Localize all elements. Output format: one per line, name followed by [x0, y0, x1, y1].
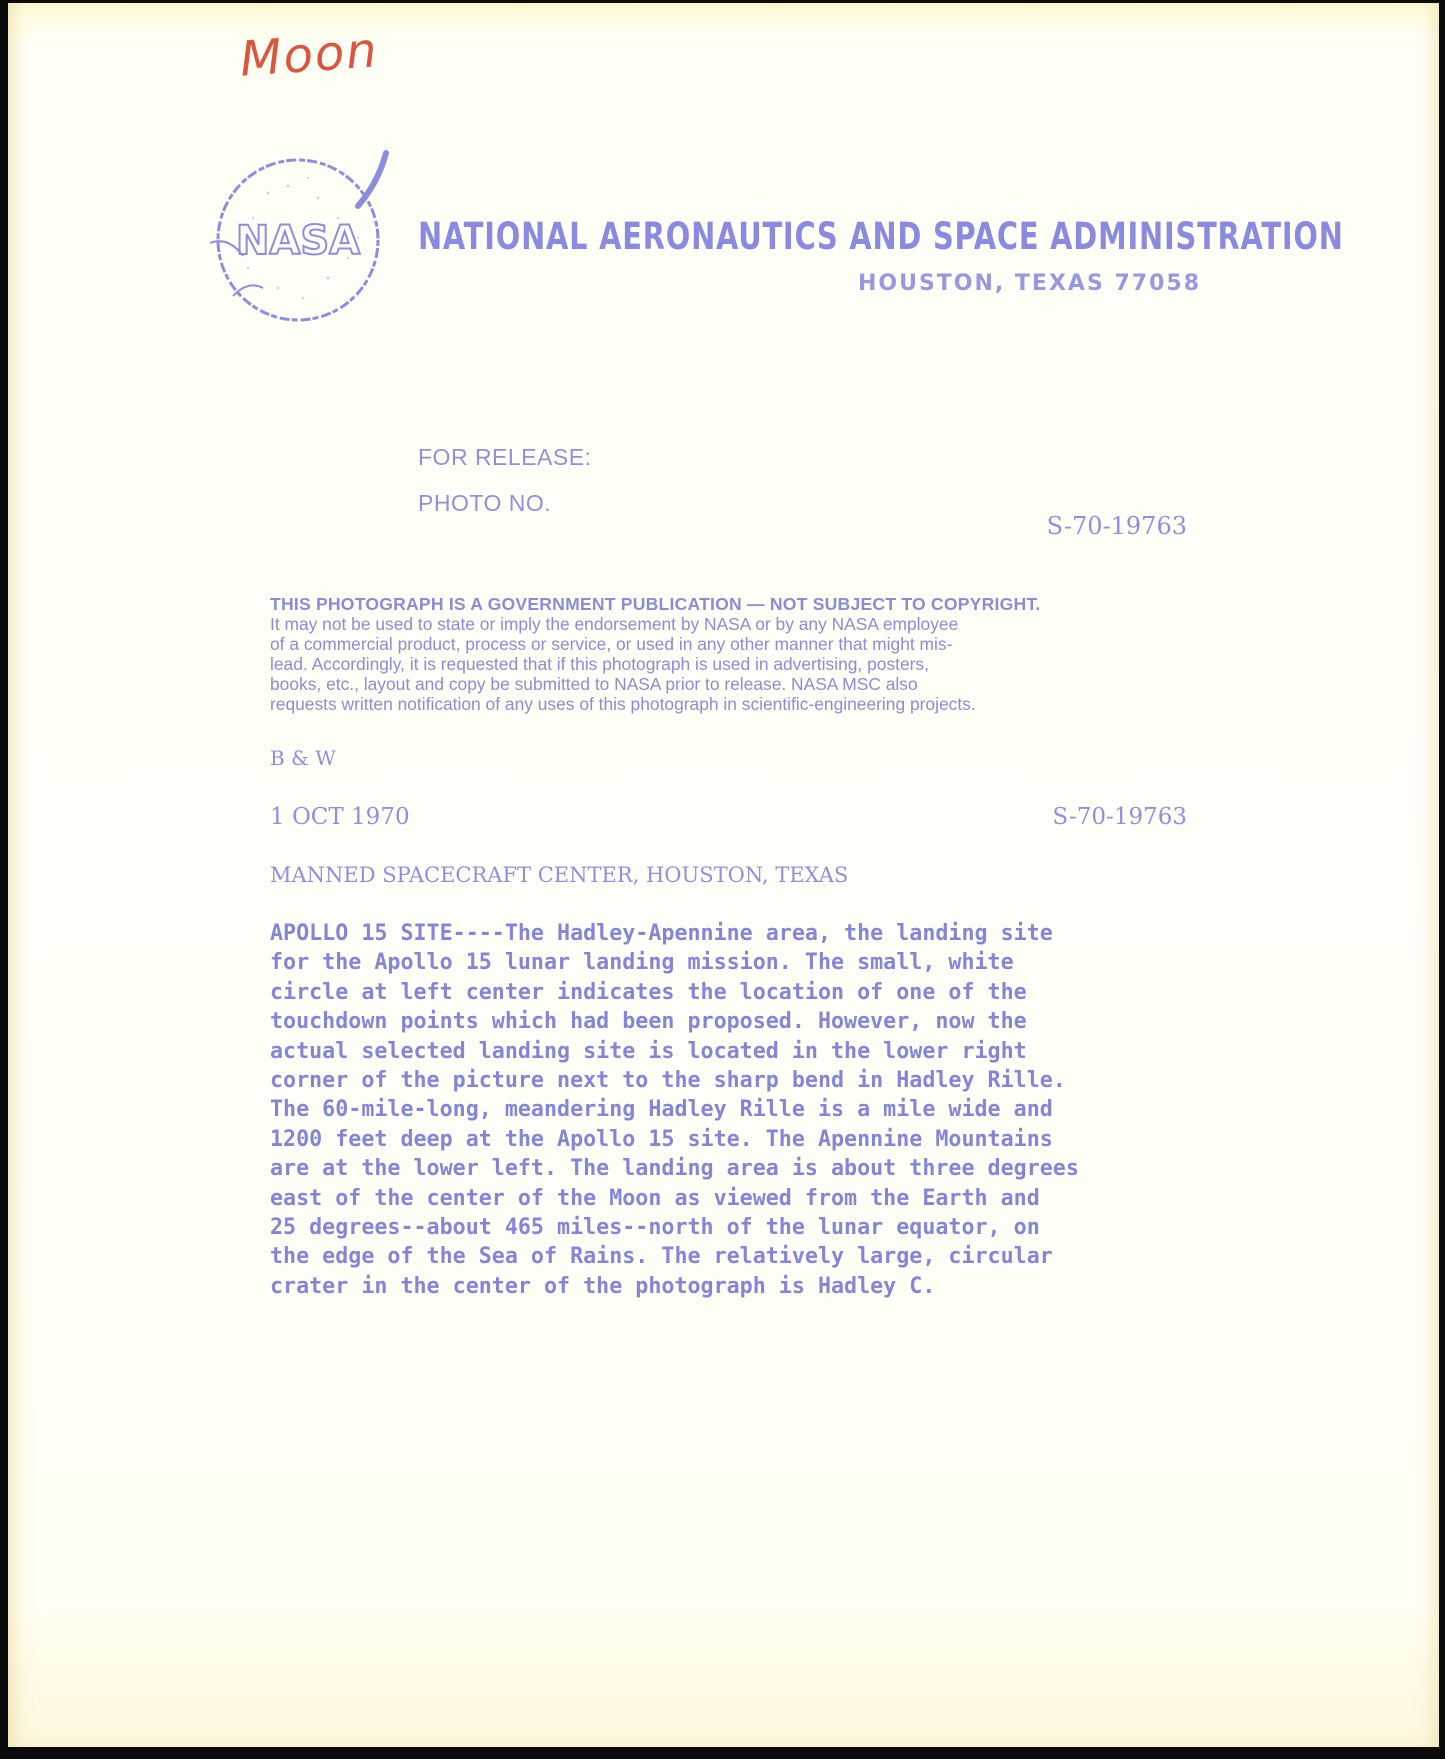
notice-line: requests written notification of any use…	[270, 694, 1170, 714]
organization-address: HOUSTON, TEXAS 77058	[858, 271, 1201, 296]
document-page: Moon NASA NATIONAL AERONAUTICS AND SPACE…	[8, 3, 1439, 1747]
handwritten-subject-label: Moon	[238, 22, 380, 88]
caption-line: touchdown points which had been proposed…	[270, 1007, 1079, 1036]
for-release-label: FOR RELEASE:	[418, 444, 591, 471]
photo-number-value: S-70-19763	[1047, 512, 1187, 540]
notice-line: It may not be used to state or imply the…	[270, 614, 1170, 634]
caption-line: are at the lower left. The landing area …	[270, 1154, 1079, 1183]
organization-name: NATIONAL AERONAUTICS AND SPACE ADMINISTR…	[418, 215, 1344, 258]
logo-text: NASA	[236, 218, 360, 264]
caption-line: for the Apollo 15 lunar landing mission.…	[270, 948, 1079, 977]
release-date: 1 OCT 1970	[270, 804, 410, 830]
nasa-meatball-logo-icon: NASA	[208, 148, 418, 323]
notice-line: books, etc., layout and copy be submitte…	[270, 674, 1170, 694]
caption-line: actual selected landing site is located …	[270, 1037, 1079, 1066]
notice-line: of a commercial product, process or serv…	[270, 634, 1170, 654]
film-type: B & W	[270, 746, 336, 770]
caption-line: the edge of the Sea of Rains. The relati…	[270, 1242, 1079, 1271]
caption-line: 25 degrees--about 465 miles--north of th…	[270, 1213, 1079, 1242]
copyright-notice: THIS PHOTOGRAPH IS A GOVERNMENT PUBLICAT…	[270, 594, 1170, 714]
notice-line: lead. Accordingly, it is requested that …	[270, 654, 1170, 674]
caption-line: crater in the center of the photograph i…	[270, 1272, 1079, 1301]
issuing-center: MANNED SPACECRAFT CENTER, HOUSTON, TEXAS	[270, 863, 848, 887]
photo-number-record: S-70-19763	[1052, 804, 1187, 830]
notice-line: THIS PHOTOGRAPH IS A GOVERNMENT PUBLICAT…	[270, 594, 1170, 614]
caption-line: corner of the picture next to the sharp …	[270, 1066, 1079, 1095]
caption-line: The 60-mile-long, meandering Hadley Rill…	[270, 1095, 1079, 1124]
caption-line: 1200 feet deep at the Apollo 15 site. Th…	[270, 1125, 1079, 1154]
caption-line: APOLLO 15 SITE----The Hadley-Apennine ar…	[270, 919, 1079, 948]
caption-line: circle at left center indicates the loca…	[270, 978, 1079, 1007]
photo-no-label: PHOTO NO.	[418, 490, 551, 517]
photo-caption: APOLLO 15 SITE----The Hadley-Apennine ar…	[270, 919, 1091, 1301]
caption-line: east of the center of the Moon as viewed…	[270, 1184, 1079, 1213]
